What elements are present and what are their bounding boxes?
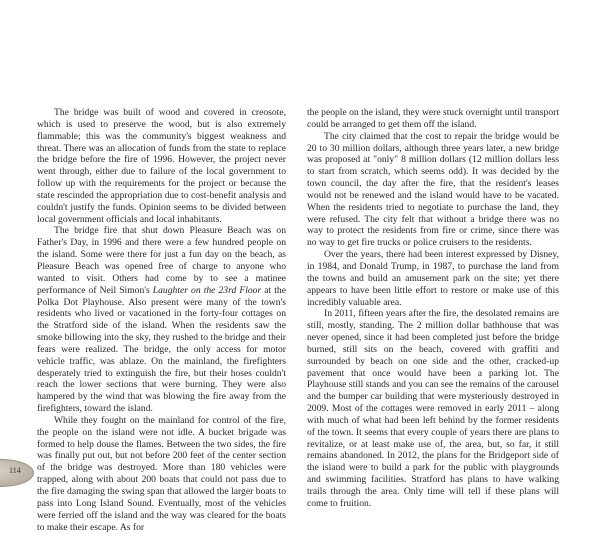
play-title: Laughter on the 23rd Floor — [153, 285, 261, 296]
page-number: 114 — [9, 466, 21, 475]
paragraph: The bridge fire that shut down Pleasure … — [37, 225, 286, 415]
right-column: the people on the island, they were stuc… — [307, 107, 559, 510]
paragraph: The city claimed that the cost to repair… — [307, 131, 559, 249]
paragraph-text: at the Polka Dot Playhouse. Also present… — [37, 285, 286, 414]
paragraph: While they fought on the mainland for co… — [37, 415, 286, 533]
paragraph: In 2011, fifteen years after the fire, t… — [307, 308, 559, 509]
paragraph: Over the years, there had been interest … — [307, 249, 559, 308]
left-column: The bridge was built of wood and covered… — [37, 107, 286, 533]
paragraph: The bridge was built of wood and covered… — [37, 107, 286, 225]
paragraph: the people on the island, they were stuc… — [307, 107, 559, 131]
